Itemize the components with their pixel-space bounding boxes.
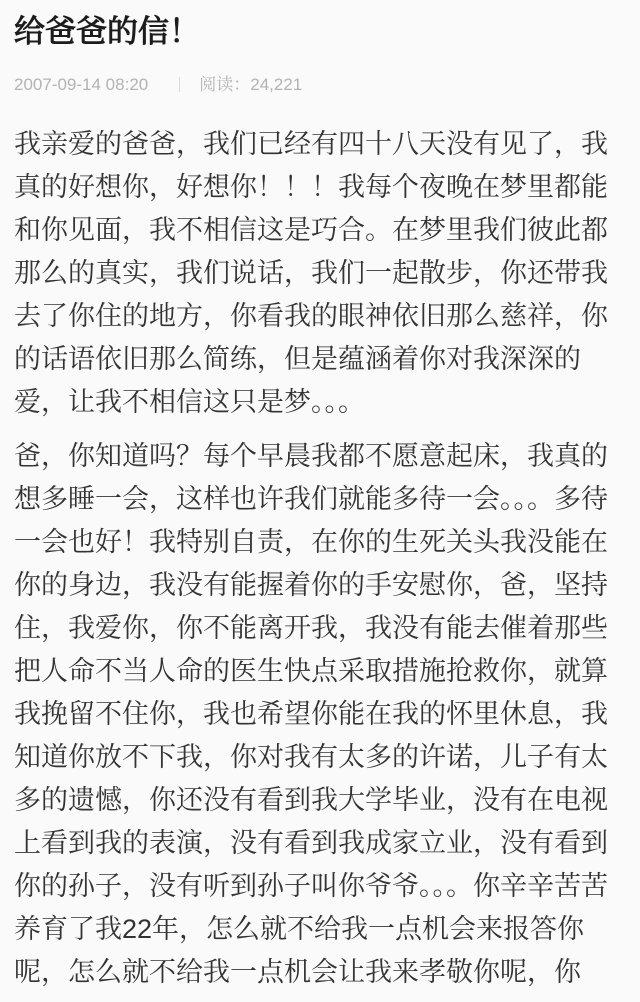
article-body: 我亲爱的爸爸，我们已经有四十八天没有见了，我真的好想你，好想你！！！我每个夜晚在… <box>14 123 626 994</box>
article-page: { "page": { "background_color": "#fafafa… <box>0 0 640 1002</box>
article-container: 给爸爸的信！ 2007-09-14 08:20 阅读：24,221 我亲爱的爸爸… <box>0 0 640 994</box>
meta-divider <box>179 77 180 92</box>
paragraph-1: 我亲爱的爸爸，我们已经有四十八天没有见了，我真的好想你，好想你！！！我每个夜晚在… <box>14 123 624 424</box>
publish-date: 2007-09-14 08:20 <box>14 74 148 95</box>
article-meta: 2007-09-14 08:20 阅读：24,221 <box>14 74 626 95</box>
read-count: 阅读：24,221 <box>199 74 302 95</box>
article-title: 给爸爸的信！ <box>14 14 626 50</box>
paragraph-2: 爸，你知道吗？每个早晨我都不愿意起床，我真的想多睡一会，这样也许我们就能多待一会… <box>14 435 624 994</box>
